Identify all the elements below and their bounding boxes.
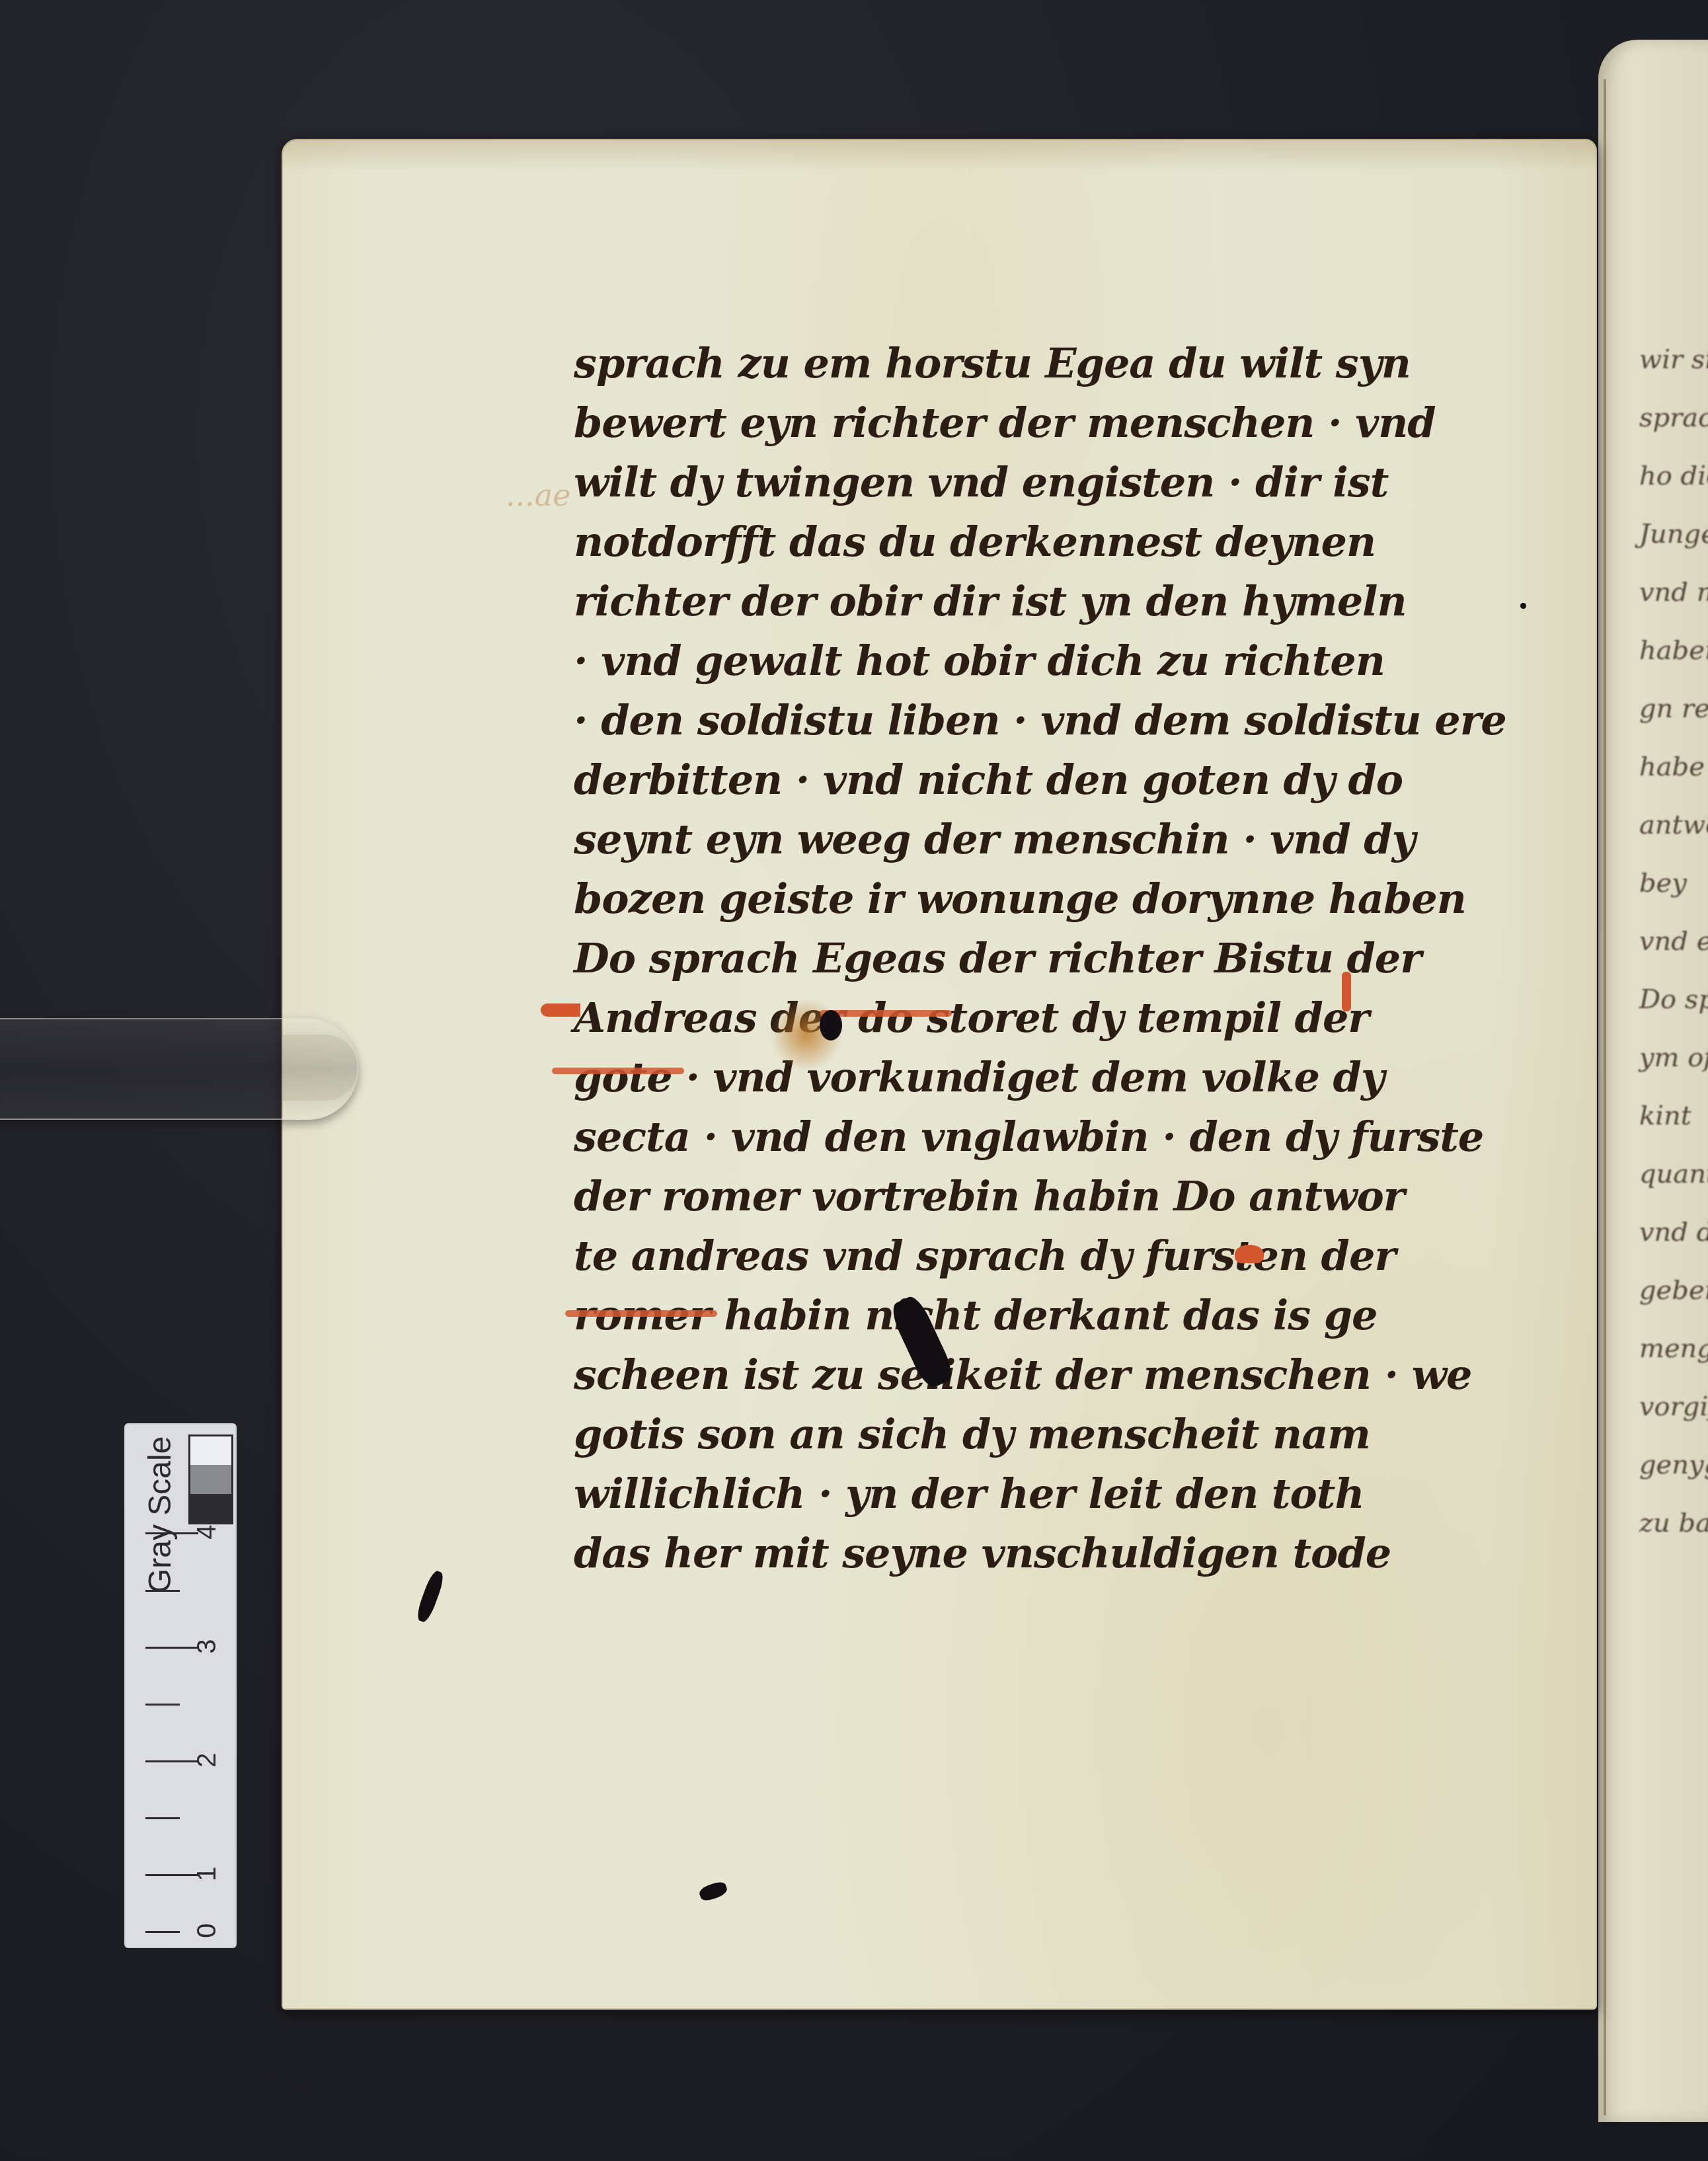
tick-major	[145, 1874, 198, 1876]
tick-major	[145, 1760, 198, 1762]
facing-line: gn rech	[1639, 680, 1708, 738]
swatch-black	[190, 1494, 231, 1522]
manuscript-line: gote · vnd vorkundiget dem volke dy	[574, 1048, 1512, 1107]
facing-line: kint	[1639, 1087, 1708, 1145]
rubric-initial-do	[541, 1003, 580, 1017]
tick-minor	[145, 1817, 180, 1819]
gray-scale-ruler: Gray Scale 4 3 2 1 0	[126, 1425, 235, 1947]
facing-line: antwort	[1639, 796, 1708, 854]
manuscript-line: derbitten · vnd nicht den goten dy do	[574, 750, 1512, 810]
swatch-white	[190, 1436, 231, 1465]
manuscript-line: · den soldistu liben · vnd dem soldistu …	[574, 691, 1512, 750]
facing-line: vnd mit	[1639, 563, 1708, 621]
tick-minor	[145, 1931, 180, 1933]
rubric-stroke-andreas-2	[565, 1310, 717, 1317]
rubric-initial-b	[1342, 972, 1351, 1011]
ruler-label: Gray Scale	[142, 1436, 178, 1593]
rubric-initial-do-2	[1235, 1245, 1264, 1263]
facing-line: quantwor	[1639, 1145, 1708, 1203]
ruler-mark-2: 2	[192, 1752, 222, 1767]
facing-line: vnd dy	[1639, 1203, 1708, 1261]
manuscript-line: · vnd gewalt hot obir dich zu richten	[574, 631, 1512, 691]
gray-swatches	[188, 1434, 233, 1524]
manuscript-line: sprach zu em horstu Egea du wilt syn	[574, 334, 1512, 393]
facing-line: zu bathe	[1639, 1494, 1708, 1552]
manuscript-line-rubricated: der romer vortrebin habin Do antwor	[574, 1167, 1512, 1226]
ruler-mark-1: 1	[192, 1866, 222, 1881]
rubric-stroke-andreas	[552, 1068, 684, 1074]
facing-page-text: wir sind sprach sy ho dich Junger vnd mi…	[1639, 331, 1708, 1552]
manuscript-line: wilt dy twingen vnd engisten · dir ist	[574, 453, 1512, 512]
swatch-gray	[190, 1465, 231, 1493]
marginal-offset-text: ...ae	[506, 477, 571, 513]
facing-line: sprach sy	[1639, 389, 1708, 447]
plastic-holder-tip	[282, 1035, 358, 1101]
tick-minor	[145, 1590, 180, 1592]
manuscript-line: willichlich · yn der her leit den toth	[574, 1464, 1512, 1524]
tick-major	[145, 1532, 198, 1534]
ink-dot	[1520, 603, 1526, 609]
facing-page-gutter	[1604, 79, 1606, 2115]
facing-line: vorgifigen	[1639, 1378, 1708, 1436]
facing-line: menge vnd	[1639, 1319, 1708, 1378]
facing-line: ym off	[1639, 1029, 1708, 1087]
manuscript-line: scheen ist zu selikeit der menschen · we	[574, 1345, 1512, 1405]
manuscript-line: secta · vnd den vnglawbin · den dy furst…	[574, 1107, 1512, 1167]
manuscript-line: gotis son an sich dy menscheit nam	[574, 1405, 1512, 1464]
tick-minor	[145, 1704, 180, 1706]
manuscript-line-rubricated: te andreas vnd sprach dy fursten der	[574, 1226, 1512, 1286]
manuscript-line: notdorfft das du derkennest deynen	[574, 512, 1512, 572]
facing-line: bey	[1639, 854, 1708, 912]
facing-line: haben	[1639, 621, 1708, 680]
manuscript-text-block: sprach zu em horstu Egea du wilt syn bew…	[574, 334, 1512, 1583]
ruler-mark-3: 3	[192, 1639, 222, 1653]
facing-line: vnd e	[1639, 912, 1708, 970]
facing-line: geben vnd	[1639, 1261, 1708, 1319]
ruler-mark-0: 0	[192, 1923, 222, 1938]
facing-line: ho dich	[1639, 447, 1708, 505]
facing-line: genygen	[1639, 1436, 1708, 1494]
facing-line: wir sind	[1639, 331, 1708, 389]
facing-line: Do sprach	[1639, 970, 1708, 1029]
manuscript-line-rubricated: Do sprach Egeas der richter Bistu der	[574, 929, 1512, 988]
manuscript-line-rubricated: Andreas der do storet dy tempil der	[574, 988, 1512, 1048]
manuscript-line: richter der obir dir ist yn den hymeln	[574, 572, 1512, 631]
manuscript-line: bozen geiste ir wonunge dorynne haben	[574, 869, 1512, 929]
ruler-mark-4: 4	[192, 1524, 222, 1539]
manuscript-line: das her mit seyne vnschuldigen tode	[574, 1524, 1512, 1583]
facing-line: Junger	[1639, 505, 1708, 563]
worm-hole	[820, 1010, 842, 1041]
tick-major	[145, 1647, 198, 1649]
facing-line: habe	[1639, 738, 1708, 796]
manuscript-line: seynt eyn weeg der menschin · vnd dy	[574, 810, 1512, 869]
manuscript-line: bewert eyn richter der menschen · vnd	[574, 393, 1512, 453]
